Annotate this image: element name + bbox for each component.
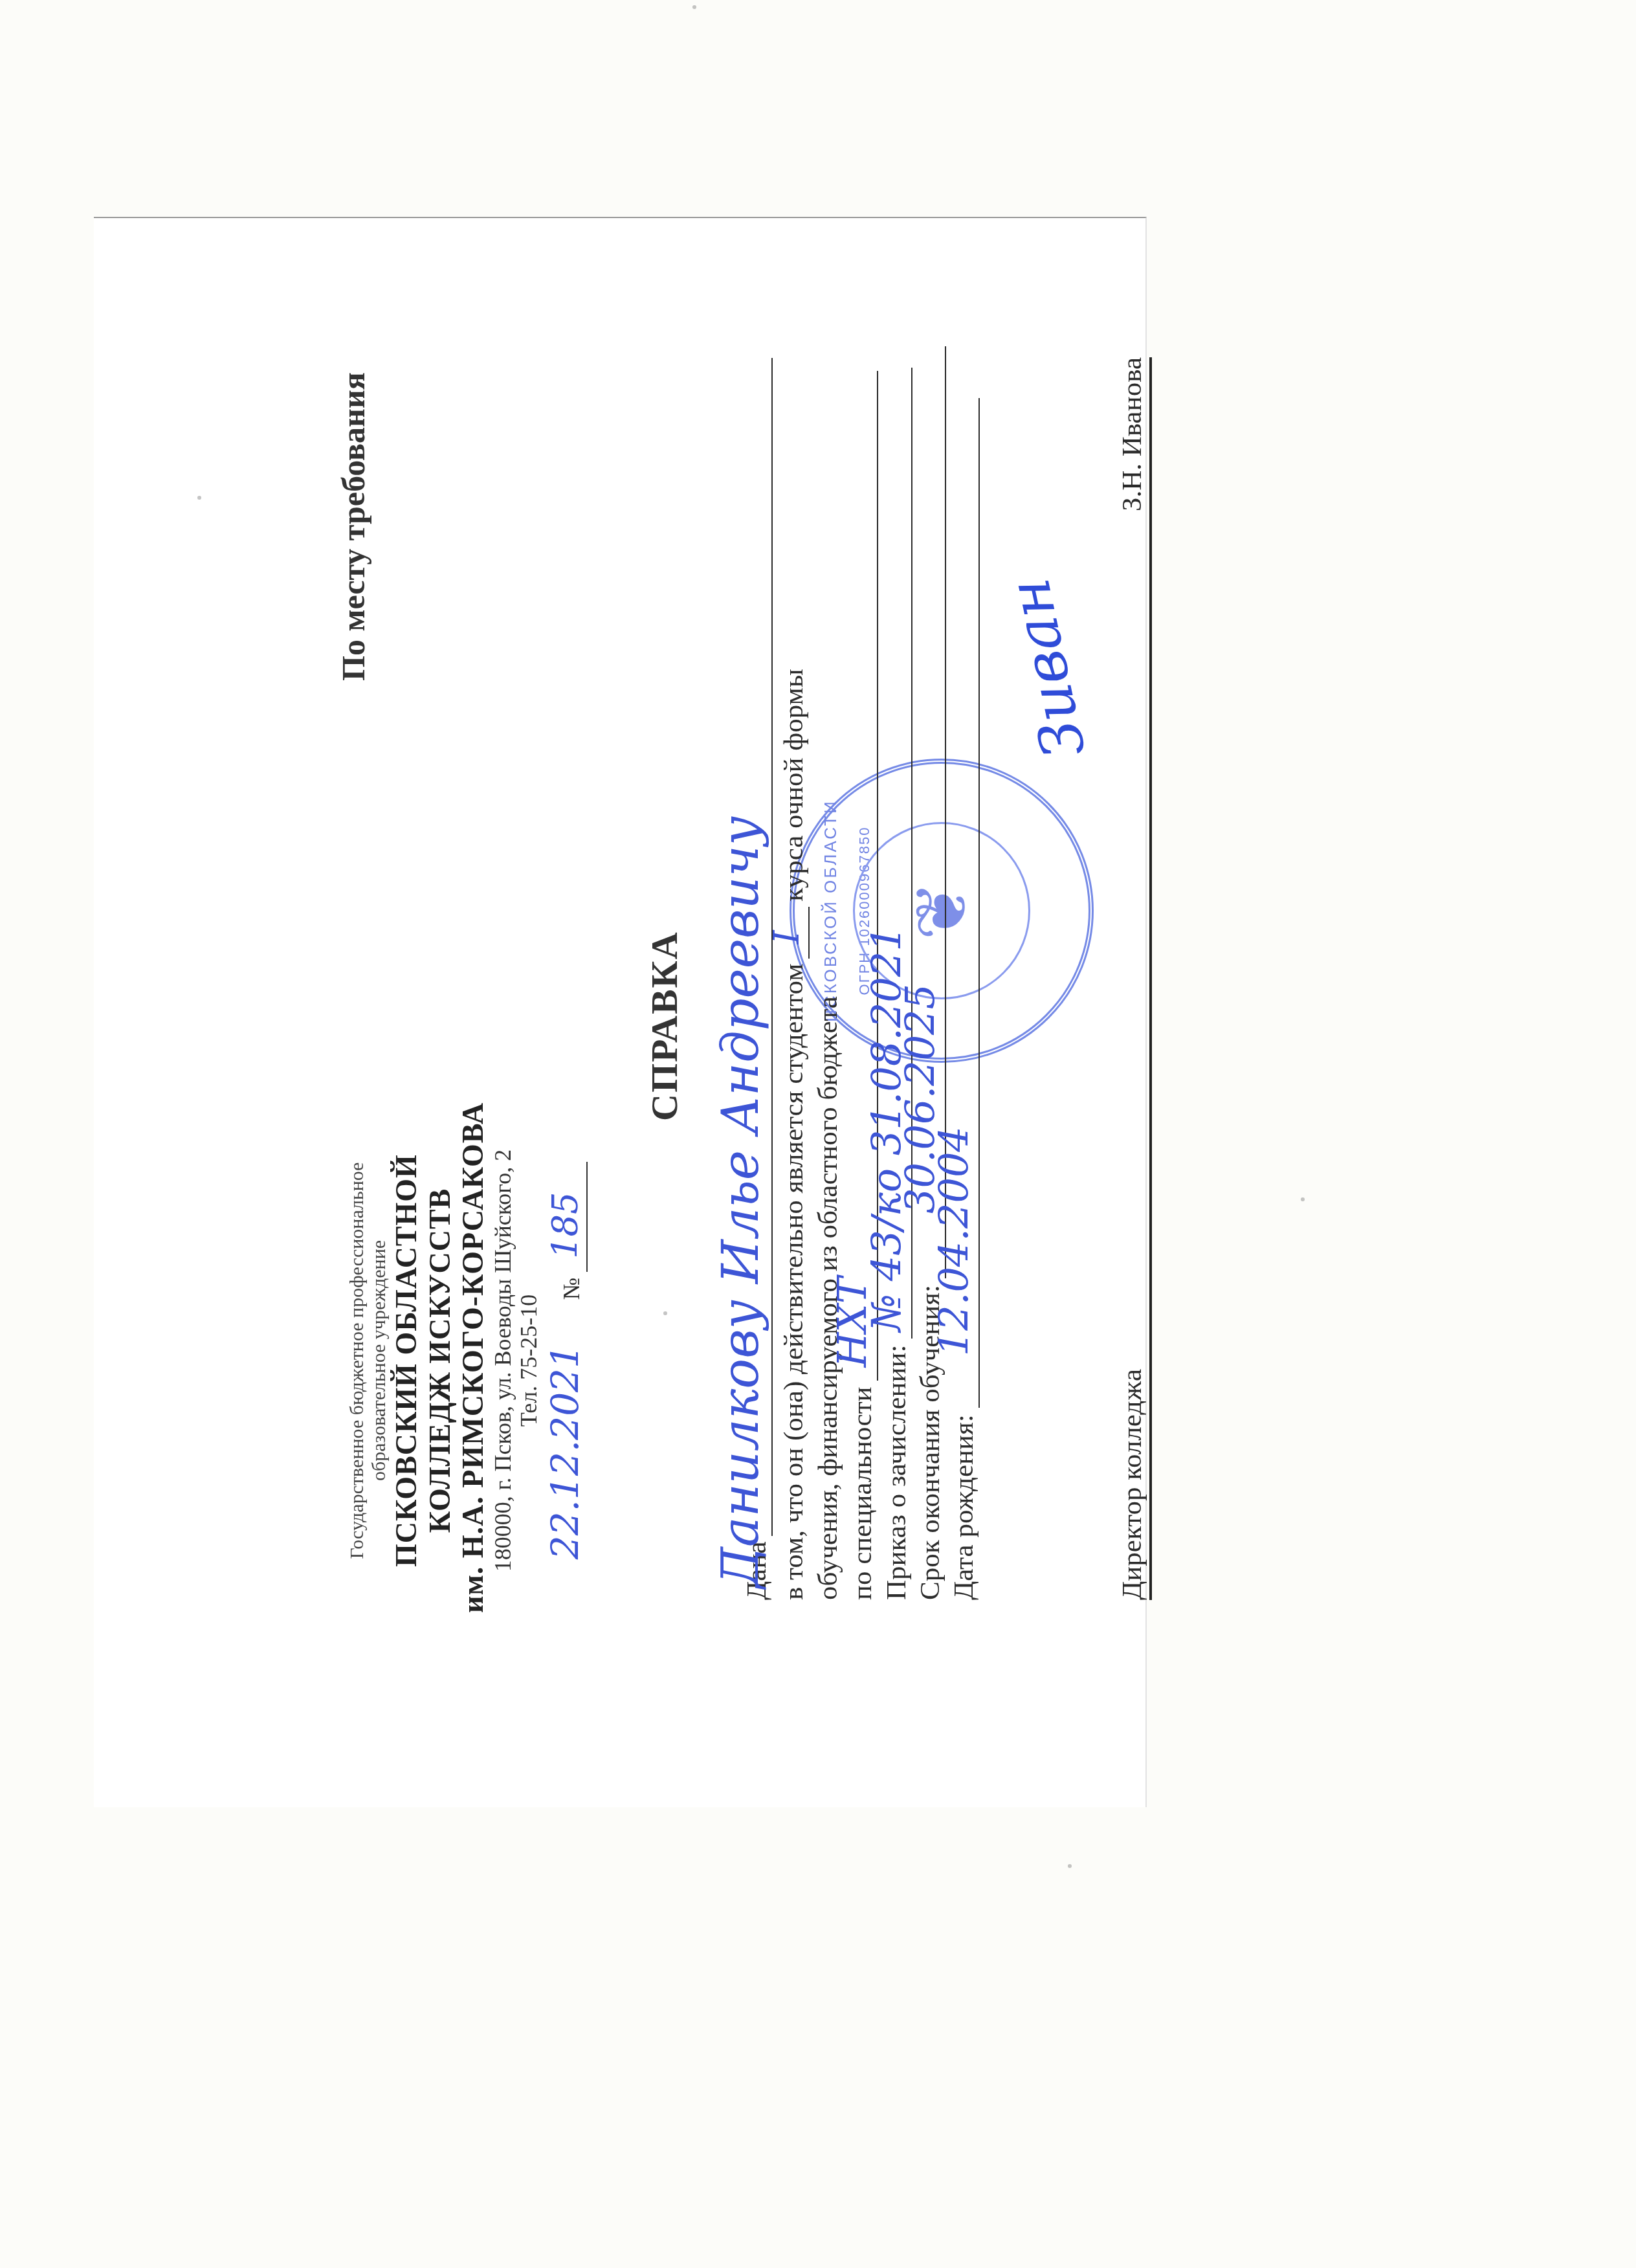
institution-phone: Тел. 75-25-10 xyxy=(516,1108,542,1613)
scan-speck xyxy=(692,5,696,9)
course-suffix: курса очной формы xyxy=(778,669,810,901)
institution-name-2: КОЛЛЕДЖ ИСКУССТВ xyxy=(423,1108,457,1613)
scan-speck xyxy=(197,496,201,500)
document-number-row: 22.12.2021 № 185 xyxy=(546,1108,588,1613)
header-line-1: Государственное бюджетное профессиональн… xyxy=(346,1108,368,1613)
number-value: 185 xyxy=(546,1192,585,1259)
number-field: 185 xyxy=(566,1162,588,1272)
director-name: З.Н. Иванова xyxy=(1116,357,1148,511)
issue-date: 22.12.2021 xyxy=(543,1344,587,1559)
course-value: I xyxy=(766,930,807,944)
number-label: № xyxy=(558,1278,584,1300)
institution-header: Государственное бюджетное профессиональн… xyxy=(346,1108,588,1613)
addressee: По месту требования xyxy=(335,372,372,681)
given-row: Дана Данилкову Илье Андреевичу xyxy=(741,358,773,1600)
scan-speck xyxy=(1301,1197,1305,1201)
birth-date-value: 12.04.2004 xyxy=(930,1126,977,1356)
header-line-2: образовательное учреждение xyxy=(368,1108,390,1613)
birth-date-label: Дата рождения: xyxy=(948,1414,980,1600)
document-title: СПРАВКА xyxy=(643,931,686,1121)
institution-address: 180000, г. Псков, ул. Воеводы Шуйского, … xyxy=(490,1108,516,1613)
scan-speck xyxy=(1068,1864,1072,1868)
institution-name-3: им. Н.А. РИМСКОГО-КОРСАКОВА xyxy=(456,1108,490,1613)
handwritten-signature: Зиван xyxy=(995,573,1099,764)
scan-speck xyxy=(663,1311,667,1315)
specialty-label: по специальности xyxy=(846,1387,878,1600)
given-field: Данилкову Илье Андреевичу xyxy=(743,358,773,1536)
end-date-row: Срок окончания обучения: 30.06.2025 xyxy=(914,346,946,1600)
document-sheet: По месту требования Государственное бюдж… xyxy=(94,217,1147,1807)
order-label: Приказ о зачислении: xyxy=(881,1345,912,1600)
document-page: По месту требования Государственное бюдж… xyxy=(94,218,1145,1807)
student-row: в том, что он (она) действительно являет… xyxy=(778,669,810,1600)
given-value: Данилкову Илье Андреевичу xyxy=(712,816,770,1588)
institution-name-1: ПСКОВСКИЙ ОБЛАСТНОЙ xyxy=(390,1108,423,1613)
director-role: Директор колледжа xyxy=(1116,1369,1148,1600)
birth-date-field: 12.04.2004 xyxy=(950,398,980,1408)
director-signature-row: Директор колледжа З.Н. Иванова xyxy=(1116,357,1152,1600)
course-field: I xyxy=(780,907,810,959)
student-text: в том, что он (она) действительно являет… xyxy=(778,964,810,1600)
birth-date-row: Дата рождения: 12.04.2004 xyxy=(948,398,980,1600)
